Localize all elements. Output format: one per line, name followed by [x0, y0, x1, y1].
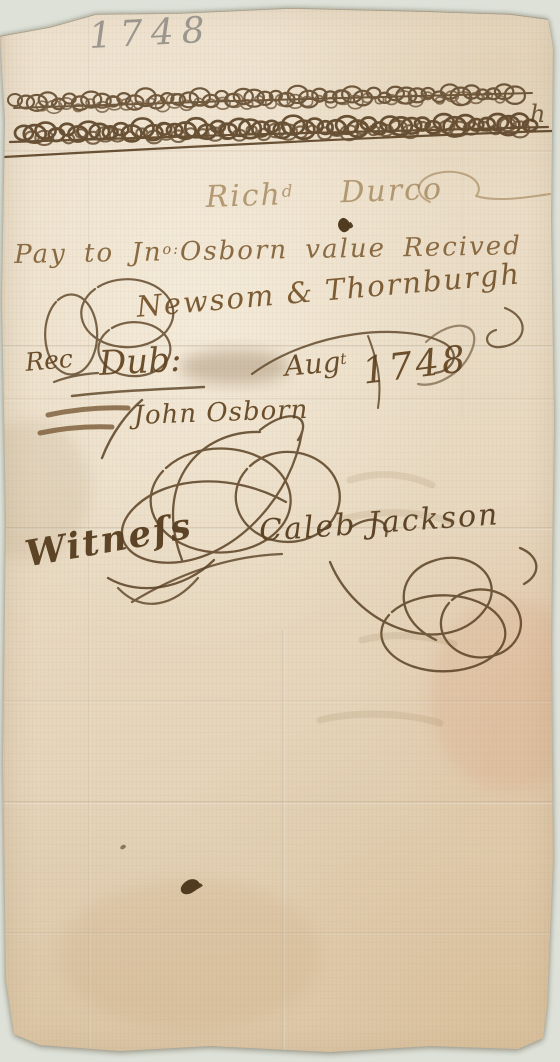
fold-crease [0, 398, 560, 401]
ink-speck [119, 844, 126, 850]
fold-crease [0, 345, 560, 348]
witness-flourish [118, 554, 282, 604]
firm-signature-flourish [45, 279, 522, 376]
paper-edge-shading [0, 0, 560, 1062]
paper-stain [0, 420, 90, 560]
scribble-trailing-mark: h [530, 100, 545, 128]
paper-stain [60, 880, 320, 1030]
fold-crease [0, 801, 560, 804]
ink-flourish-layer [0, 0, 560, 1062]
fold-crease-vertical [282, 630, 285, 1062]
paper-shadow: 1748 h RichdDurco Pay to Jno:Osborn valu… [0, 0, 560, 1062]
witness-signature: Caleb Jackson [258, 497, 500, 549]
fold-crease-vertical [462, 0, 465, 420]
paper-top-edge-line [0, 8, 548, 36]
receipt-rec-word: Rec [24, 344, 74, 377]
manuscript-paper: 1748 h RichdDurco Pay to Jno:Osborn valu… [0, 0, 560, 1062]
paper-texture [0, 0, 560, 1062]
document-scan: 1748 h RichdDurco Pay to Jno:Osborn valu… [0, 0, 560, 1062]
paper-stain [430, 600, 560, 790]
witness-signature-flourish [330, 520, 536, 672]
header-line: RichdDurco [205, 172, 444, 215]
pencil-year-annotation: 1748 [88, 10, 214, 57]
witness-label: Witneſs [22, 505, 196, 576]
receipt-month-word: Augt [283, 345, 348, 383]
ink-dash-marks [40, 408, 128, 433]
bleed-through-marks [320, 475, 454, 723]
ink-smudge [180, 350, 290, 384]
receipt-place-word: Dub: [98, 340, 182, 384]
ink-blot [336, 216, 353, 234]
fold-crease-vertical [88, 0, 91, 1062]
fold-crease [0, 150, 560, 153]
order-line: Pay to Jno:Osborn value Recived [14, 231, 522, 270]
fold-crease [0, 527, 560, 530]
fold-crease [0, 932, 560, 935]
scribble-line-1 [8, 84, 532, 113]
scribble-line-2 [4, 114, 552, 157]
signature-lead-stroke [102, 400, 142, 458]
firm-signature: Newsom & Thornburgh [135, 256, 522, 323]
payee-signature: John Osborn [133, 395, 309, 431]
header-flourish [419, 172, 550, 202]
fold-crease [0, 700, 560, 703]
ink-blot [178, 876, 202, 896]
receipt-year: 1748 [360, 337, 471, 393]
receipt-line-flourish [54, 326, 474, 408]
central-calligraphic-flourish [108, 416, 340, 588]
